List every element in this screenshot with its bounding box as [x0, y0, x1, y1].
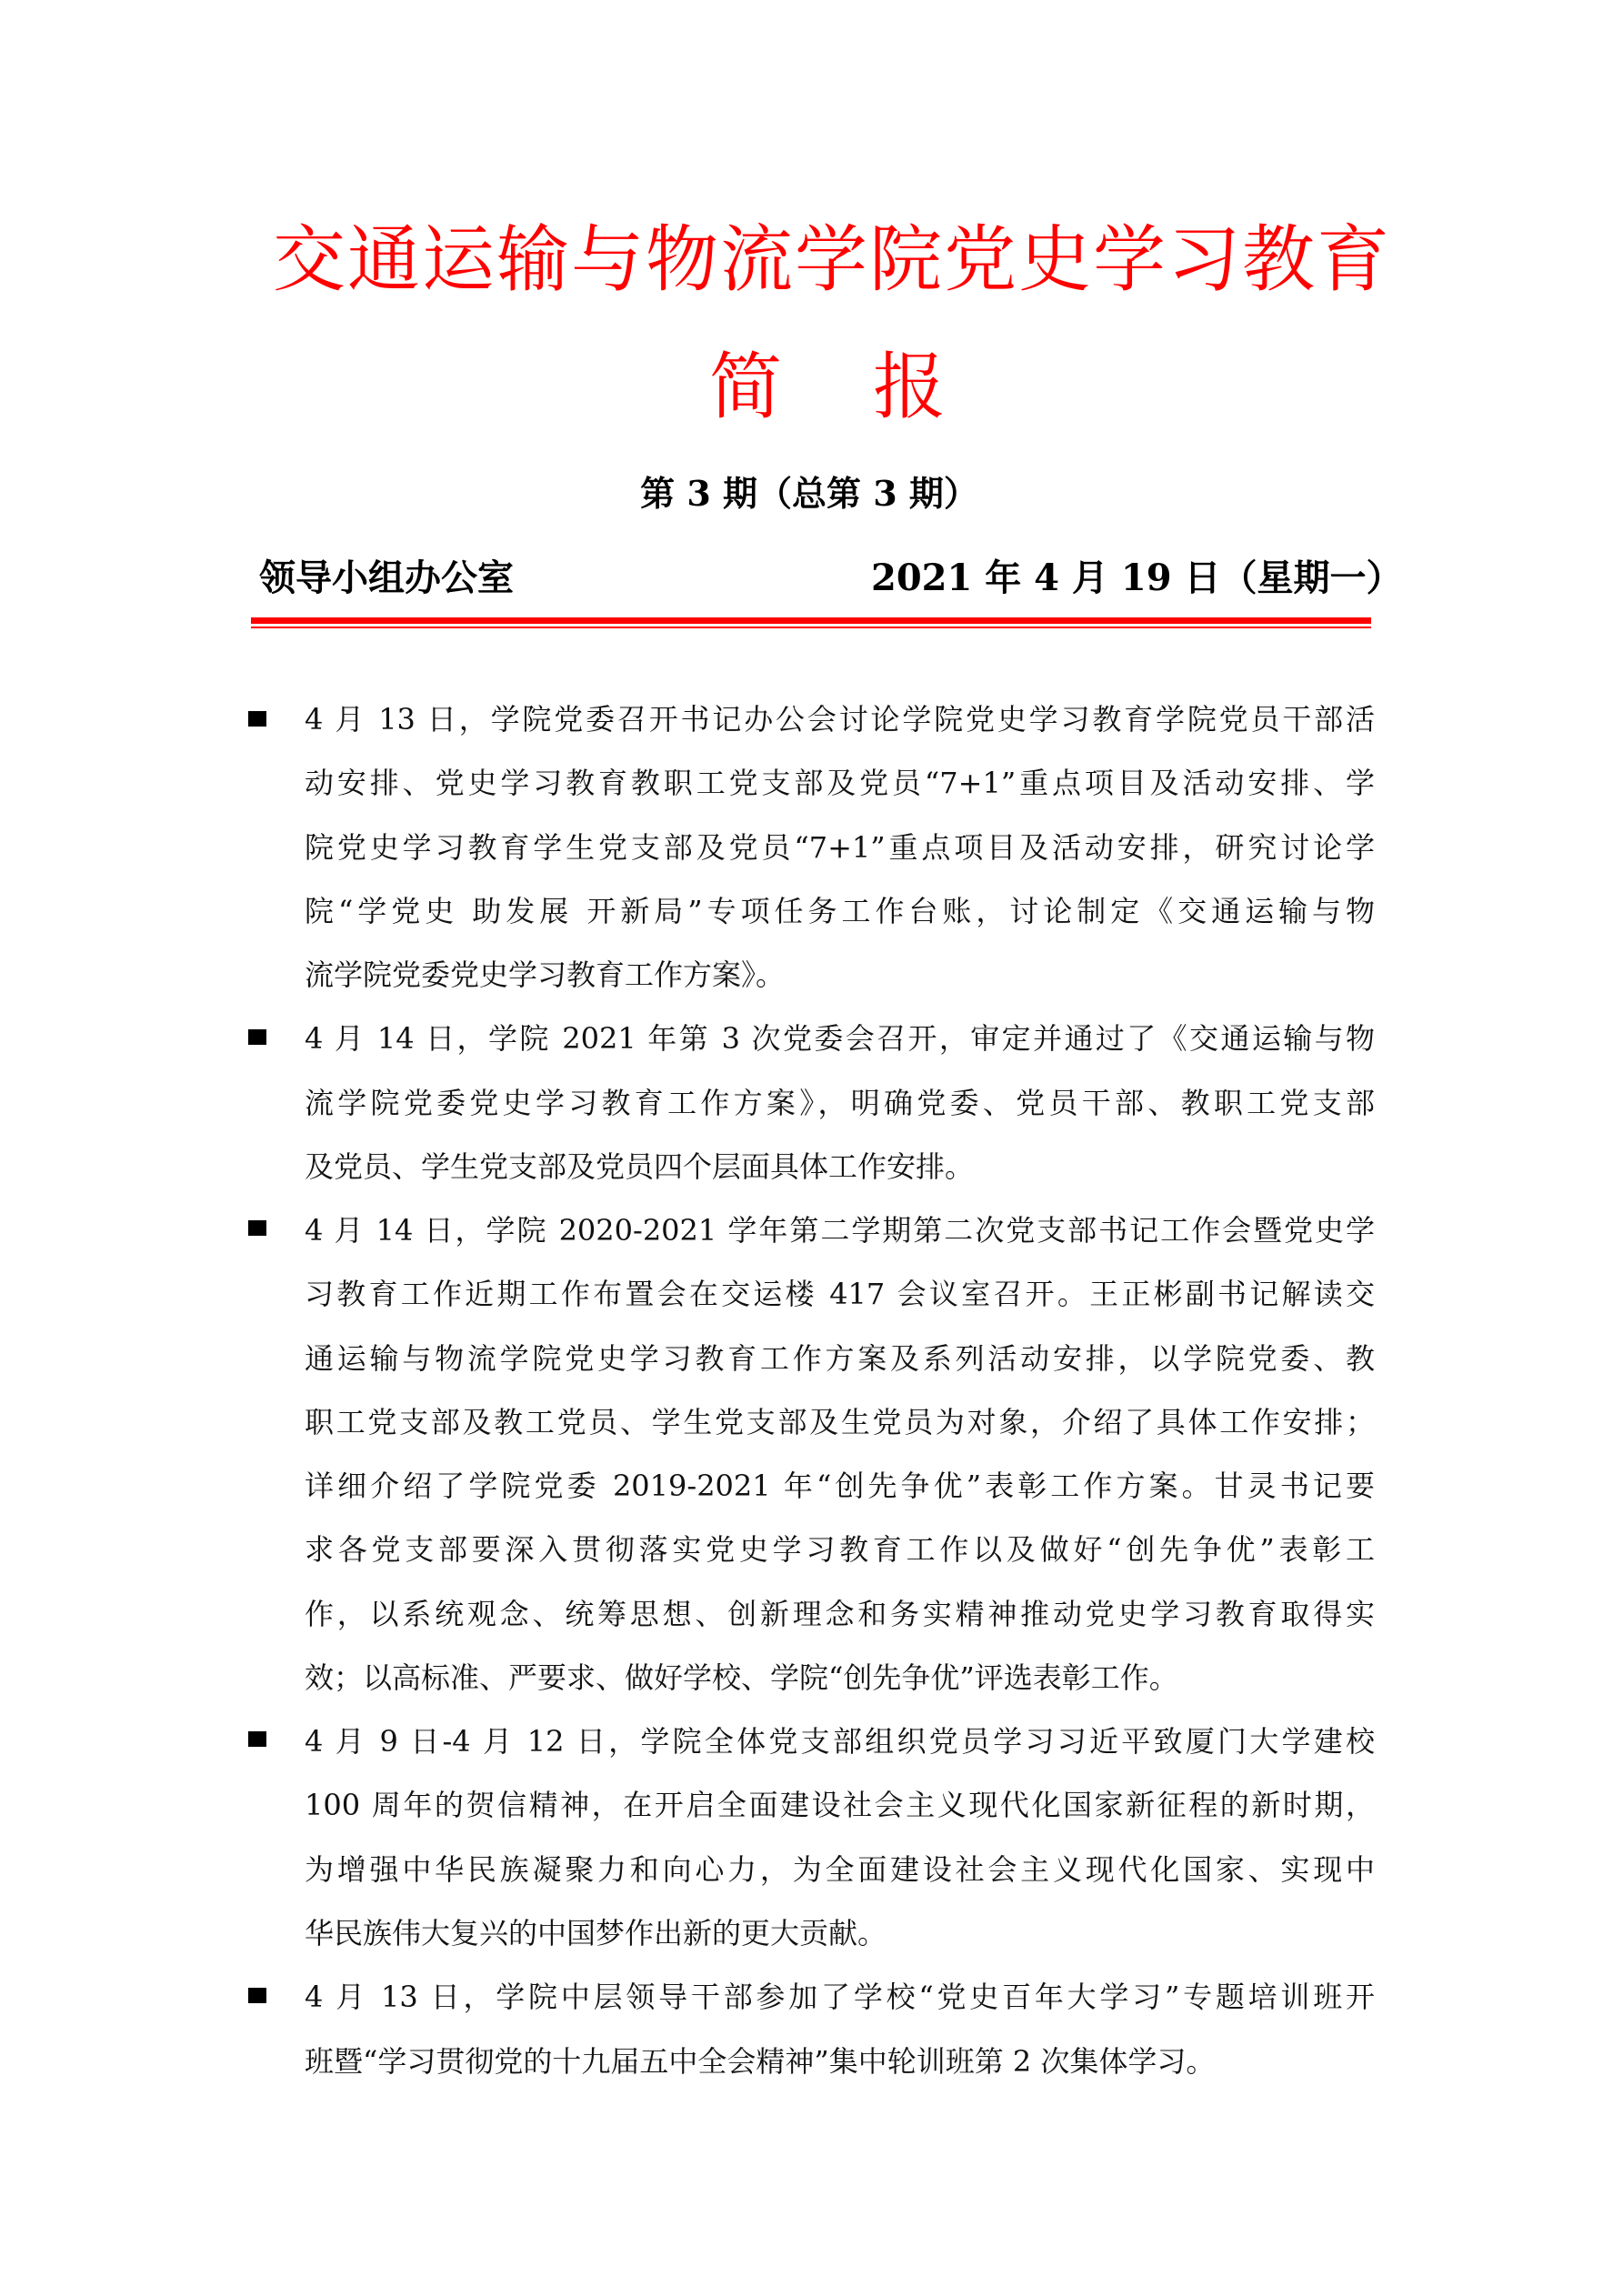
item-3-line-2: 习教育工作近期工作布置会在交运楼 417 会议室召开。王正彬副书记解读交: [305, 1271, 1375, 1317]
issue-number: 第 3 期（总第 3 期）: [627, 468, 991, 519]
item-2-line-3: 及党员、学生党支部及党员四个层面具体工作安排。: [305, 1144, 1375, 1189]
black-square-bullet-icon: [248, 711, 266, 727]
item-1-line-3: 院党史学习教育学生党支部及党员“7+1”重点项目及活动安排，研究讨论学: [305, 825, 1375, 870]
item-1-line-1: 4 月 13 日，学院党委召开书记办公会讨论学院党史学习教育学院党员干部活: [305, 697, 1375, 742]
bulletin-page: 交通运输与物流学院党史学习教育 简 报 第 3 期（总第 3 期） 领导小组办公…: [0, 0, 1623, 2296]
item-3-line-6: 求各党支部要深入贯彻落实党史学习教育工作以及做好“创先争优”表彰工: [305, 1527, 1375, 1572]
black-square-bullet-icon: [248, 1988, 266, 2003]
item-1-line-4: 院“学党史 助发展 开新局”专项任务工作台账，讨论制定《交通运输与物: [305, 888, 1375, 934]
item-4-line-4: 华民族伟大复兴的中国梦作出新的更大贡献。: [305, 1910, 1375, 1956]
item-3-line-7: 作，以系统观念、统筹思想、创新理念和务实精神推动党史学习教育取得实: [305, 1591, 1375, 1637]
issuing-office: 领导小组办公室: [259, 553, 514, 604]
issue-date: 2021 年 4 月 19 日（星期一）: [871, 553, 1298, 604]
item-2-line-1: 4 月 14 日，学院 2021 年第 3 次党委会召开，审定并通过了《交通运输…: [305, 1016, 1375, 1061]
item-3-line-4: 职工党支部及教工党员、学生党支部及生党员为对象，介绍了具体工作安排；: [305, 1399, 1375, 1445]
item-4-line-2: 100 周年的贺信精神，在开启全面建设社会主义现代化国家新征程的新时期，: [305, 1782, 1375, 1828]
item-5-line-2: 班暨“学习贯彻党的十九届五中全会精神”集中轮训班第 2 次集体学习。: [305, 2039, 1375, 2084]
item-4-line-3: 为增强中华民族凝聚力和向心力，为全面建设社会主义现代化国家、实现中: [305, 1847, 1375, 1892]
item-3-line-1: 4 月 14 日，学院 2020-2021 学年第二学期第二次党支部书记工作会暨…: [305, 1208, 1375, 1253]
item-5-line-1: 4 月 13 日，学院中层领导干部参加了学校“党史百年大学习”专题培训班开: [305, 1974, 1375, 2020]
black-square-bullet-icon: [248, 1731, 266, 1747]
item-3-line-5: 详细介绍了学院党委 2019-2021 年“创先争优”表彰工作方案。甘灵书记要: [305, 1463, 1375, 1509]
subtitle-char-2: 报: [873, 342, 946, 433]
bulletin-subtitle: 简 报: [709, 342, 946, 433]
bulletin-title: 交通运输与物流学院党史学习教育: [273, 215, 1350, 306]
item-3-line-3: 通运输与物流学院党史学习教育工作方案及系列活动安排，以学院党委、教: [305, 1336, 1375, 1381]
header-divider-thick: [251, 617, 1371, 624]
item-3-line-8: 效；以高标准、严要求、做好学校、学院“创先争优”评选表彰工作。: [305, 1655, 1375, 1700]
header-divider-thin: [251, 627, 1371, 628]
item-4-line-1: 4 月 9 日-4 月 12 日，学院全体党支部组织党员学习习近平致厦门大学建校: [305, 1719, 1375, 1764]
item-1-line-5: 流学院党委党史学习教育工作方案》。: [305, 952, 1375, 998]
black-square-bullet-icon: [248, 1220, 266, 1236]
item-2-line-2: 流学院党委党史学习教育工作方案》，明确党委、党员干部、教职工党支部: [305, 1080, 1375, 1126]
black-square-bullet-icon: [248, 1029, 266, 1045]
subtitle-char-1: 简: [709, 342, 782, 433]
item-1-line-2: 动安排、党史学习教育教职工党支部及党员“7+1”重点项目及活动安排、学: [305, 760, 1375, 806]
